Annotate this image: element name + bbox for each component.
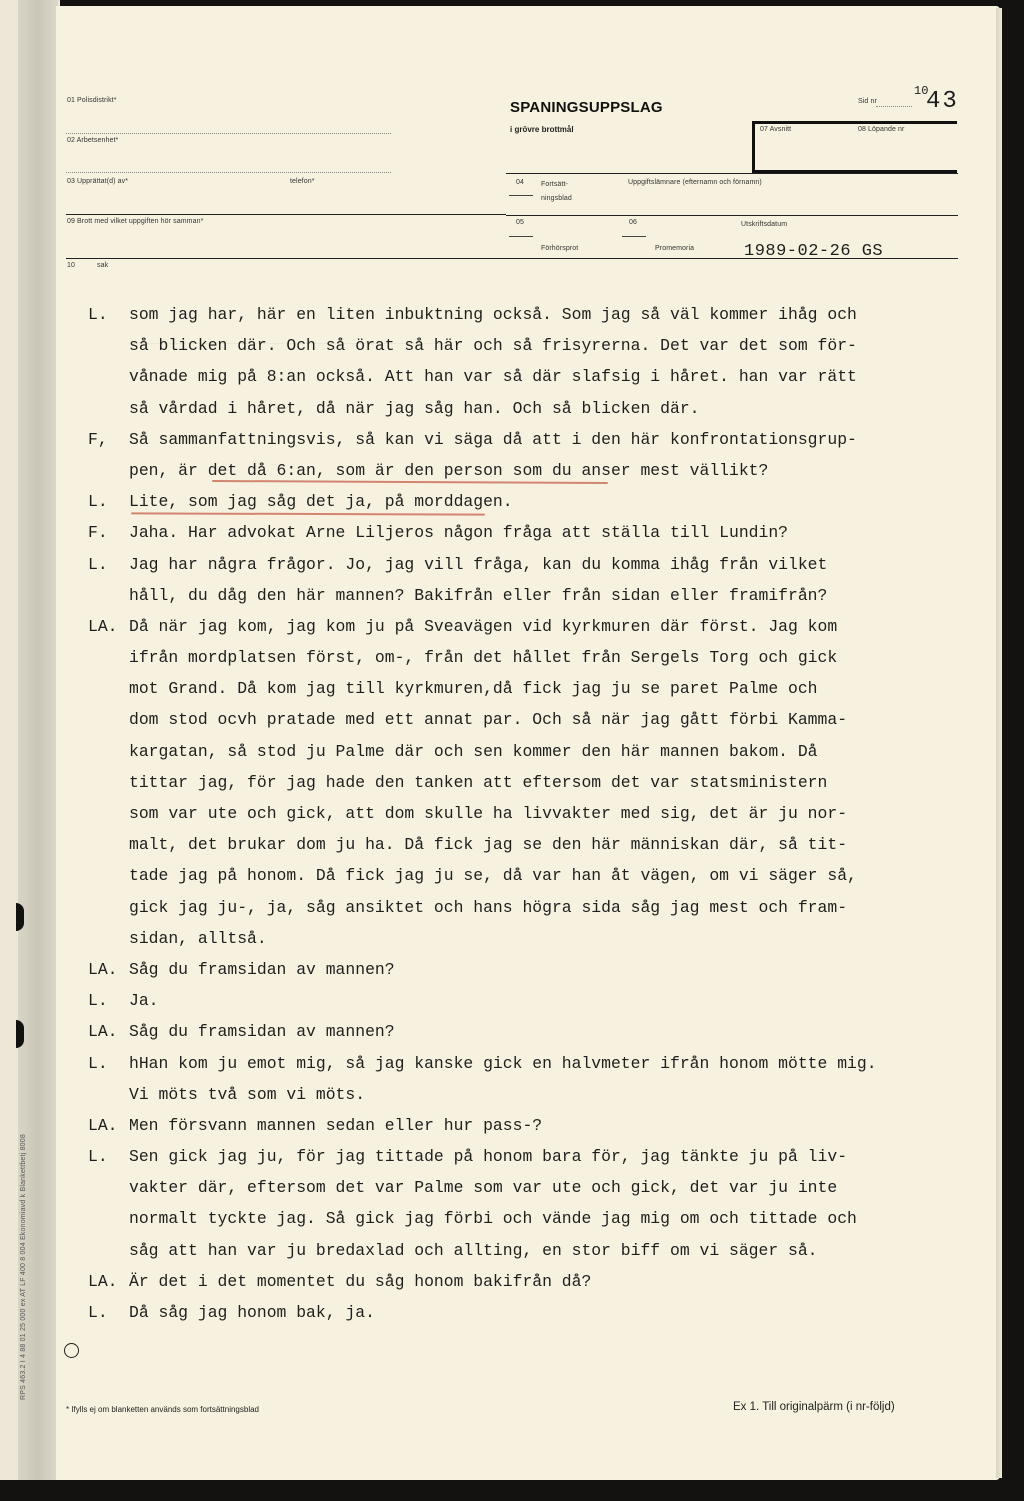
interrogation-transcript: L.som jag har, här en liten inbuktning o… bbox=[88, 302, 938, 1331]
speaker-label: F. bbox=[88, 520, 128, 546]
transcript-text: malt, det brukar dom ju ha. Då fick jag … bbox=[129, 832, 847, 858]
transcript-line: sidan, alltså. bbox=[88, 926, 938, 957]
speaker-label: LA. bbox=[88, 1019, 128, 1045]
field-label-05: 05 bbox=[516, 219, 524, 226]
transcript-line: tittar jag, för jag hade den tanken att … bbox=[88, 770, 938, 801]
field-label-telefon: telefon* bbox=[290, 178, 315, 185]
field-label-lopande-nr: 08 Löpande nr bbox=[858, 126, 904, 133]
transcript-text: Så sammanfattningsvis, så kan vi säga då… bbox=[129, 427, 857, 453]
transcript-line: Vi möts två som vi möts. bbox=[88, 1082, 938, 1113]
field-label-utskriftsdatum: Utskriftsdatum bbox=[741, 221, 787, 228]
transcript-line: malt, det brukar dom ju ha. Då fick jag … bbox=[88, 832, 938, 863]
transcript-text: Lite, som jag såg det ja, på morddagen. bbox=[129, 489, 513, 515]
transcript-line: L.Lite, som jag såg det ja, på morddagen… bbox=[88, 489, 938, 520]
transcript-text: vakter där, eftersom det var Palme som v… bbox=[129, 1175, 837, 1201]
form-subtitle: i grövre brottmål bbox=[510, 125, 574, 134]
transcript-text: så blicken där. Och så örat så här och s… bbox=[129, 333, 857, 359]
transcript-line: håll, du dåg den här mannen? Bakifrån el… bbox=[88, 583, 938, 614]
speaker-label: L. bbox=[88, 988, 128, 1014]
field-label-polisdistrikt: 01 Polisdistrikt* bbox=[67, 97, 117, 104]
transcript-line: dom stod ocvh pratade med ett annat par.… bbox=[88, 707, 938, 738]
field-line bbox=[66, 133, 391, 134]
field-label-sak: sak bbox=[97, 262, 108, 269]
transcript-text: normalt tyckte jag. Så gick jag förbi oc… bbox=[129, 1206, 857, 1232]
field-line bbox=[506, 215, 958, 216]
transcript-text: Såg du framsidan av mannen? bbox=[129, 1019, 395, 1045]
transcript-text: mot Grand. Då kom jag till kyrkmuren,då … bbox=[129, 676, 818, 702]
field-label-04: 04 bbox=[516, 179, 524, 186]
transcript-text: tade jag på honom. Då fick jag ju se, då… bbox=[129, 863, 857, 889]
transcript-line: L.Sen gick jag ju, för jag tittade på ho… bbox=[88, 1144, 938, 1175]
transcript-line: pen, är det då 6:an, som är den person s… bbox=[88, 458, 938, 489]
transcript-line: vånade mig på 8:an också. Att han var så… bbox=[88, 364, 938, 395]
speaker-label: LA. bbox=[88, 1113, 128, 1139]
page-edge bbox=[996, 8, 1002, 1478]
page-number: 43 bbox=[926, 88, 959, 115]
speaker-label: LA. bbox=[88, 1269, 128, 1295]
field-label-fortsatt: Fortsätt- bbox=[541, 181, 568, 188]
transcript-text: Vi möts två som vi möts. bbox=[129, 1082, 365, 1108]
field-line bbox=[66, 172, 391, 173]
transcript-text: Men försvann mannen sedan eller hur pass… bbox=[129, 1113, 542, 1139]
speaker-label: L. bbox=[88, 302, 128, 328]
transcript-line: LA.Är det i det momentet du såg honom ba… bbox=[88, 1269, 938, 1300]
transcript-text: vånade mig på 8:an också. Att han var så… bbox=[129, 364, 857, 390]
transcript-text: gick jag ju-, ja, såg ansiktet och hans … bbox=[129, 895, 847, 921]
speaker-label: LA. bbox=[88, 957, 128, 983]
field-line bbox=[876, 106, 912, 107]
print-date: 1989-02-26 GS bbox=[744, 242, 883, 261]
form-title: SPANINGSUPPSLAG bbox=[510, 99, 663, 116]
transcript-line: kargatan, så stod ju Palme där och sen k… bbox=[88, 739, 938, 770]
transcript-line: tade jag på honom. Då fick jag ju se, då… bbox=[88, 863, 938, 894]
transcript-line: L.Ja. bbox=[88, 988, 938, 1019]
checkbox-line bbox=[622, 236, 646, 237]
transcript-line: L.Då såg jag honom bak, ja. bbox=[88, 1300, 938, 1331]
transcript-line: LA.Såg du framsidan av mannen? bbox=[88, 1019, 938, 1050]
transcript-line: L.som jag har, här en liten inbuktning o… bbox=[88, 302, 938, 333]
transcript-text: såg att han var ju bredaxlad och allting… bbox=[129, 1238, 818, 1264]
transcript-line: LA.Då när jag kom, jag kom ju på Sveaväg… bbox=[88, 614, 938, 645]
transcript-line: som var ute och gick, att dom skulle ha … bbox=[88, 801, 938, 832]
field-line bbox=[506, 173, 958, 174]
field-label-sid-nr: Sid nr bbox=[858, 98, 877, 105]
checkbox-line bbox=[509, 236, 533, 237]
checkbox-line bbox=[509, 195, 533, 196]
field-label-uppgiftslamnare: Uppgiftslämnare (efternamn och förnamn) bbox=[628, 179, 762, 186]
transcript-line: L.hHan kom ju emot mig, så jag kanske gi… bbox=[88, 1051, 938, 1082]
footer-note: * Ifylls ej om blanketten används som fo… bbox=[66, 1405, 259, 1414]
transcript-text: sidan, alltså. bbox=[129, 926, 267, 952]
speaker-label: L. bbox=[88, 489, 128, 515]
field-label-upprattad-av: 03 Upprättat(d) av* bbox=[67, 178, 128, 185]
transcript-text: Såg du framsidan av mannen? bbox=[129, 957, 395, 983]
transcript-line: LA.Såg du framsidan av mannen? bbox=[88, 957, 938, 988]
transcript-text: Då när jag kom, jag kom ju på Sveavägen … bbox=[129, 614, 837, 640]
transcript-text: hHan kom ju emot mig, så jag kanske gick… bbox=[129, 1051, 877, 1077]
speaker-label: F, bbox=[88, 427, 128, 453]
speaker-label: L. bbox=[88, 1144, 128, 1170]
circle-mark-icon bbox=[64, 1343, 79, 1358]
transcript-text: tittar jag, för jag hade den tanken att … bbox=[129, 770, 827, 796]
transcript-line: L.Jag har några frågor. Jo, jag vill frå… bbox=[88, 552, 938, 583]
speaker-label: LA. bbox=[88, 614, 128, 640]
transcript-text: Då såg jag honom bak, ja. bbox=[129, 1300, 375, 1326]
transcript-line: mot Grand. Då kom jag till kyrkmuren,då … bbox=[88, 676, 938, 707]
footer-copy-note: Ex 1. Till originalpärm (i nr-följd) bbox=[733, 1401, 895, 1413]
transcript-line: normalt tyckte jag. Så gick jag förbi oc… bbox=[88, 1206, 938, 1237]
field-label-brott: 09 Brott med vilket uppgiften hör samman… bbox=[67, 218, 203, 225]
transcript-line: ifrån mordplatsen först, om-, från det h… bbox=[88, 645, 938, 676]
transcript-text: Jaha. Har advokat Arne Liljeros någon fr… bbox=[129, 520, 788, 546]
transcript-text: Jag har några frågor. Jo, jag vill fråga… bbox=[129, 552, 827, 578]
transcript-text: dom stod ocvh pratade med ett annat par.… bbox=[129, 707, 847, 733]
field-label-06: 06 bbox=[629, 219, 637, 226]
transcript-line: såg att han var ju bredaxlad och allting… bbox=[88, 1238, 938, 1269]
binder-hole bbox=[16, 903, 24, 931]
transcript-text: som jag har, här en liten inbuktning ock… bbox=[129, 302, 857, 328]
field-line bbox=[66, 214, 506, 215]
speaker-label: L. bbox=[88, 552, 128, 578]
transcript-text: håll, du dåg den här mannen? Bakifrån el… bbox=[129, 583, 827, 609]
transcript-line: LA.Men försvann mannen sedan eller hur p… bbox=[88, 1113, 938, 1144]
transcript-text: så vårdad i håret, då när jag såg han. O… bbox=[129, 396, 700, 422]
field-label-arbetsenhet: 02 Arbetsenhet* bbox=[67, 137, 118, 144]
transcript-text: Är det i det momentet du såg honom bakif… bbox=[129, 1269, 591, 1295]
field-label-promemoria: Promemoria bbox=[655, 245, 694, 252]
transcript-line: gick jag ju-, ja, såg ansiktet och hans … bbox=[88, 895, 938, 926]
transcript-line: så vårdad i håret, då när jag såg han. O… bbox=[88, 396, 938, 427]
form-print-code: RPS 463.2 I 4 88 01 25 000 ex AT LF 400 … bbox=[20, 1020, 27, 1400]
transcript-text: Ja. bbox=[129, 988, 159, 1014]
transcript-line: F.Jaha. Har advokat Arne Liljeros någon … bbox=[88, 520, 938, 551]
field-label-10: 10 bbox=[67, 262, 75, 269]
transcript-text: kargatan, så stod ju Palme där och sen k… bbox=[129, 739, 818, 765]
field-label-ningsblad: ningsblad bbox=[541, 195, 572, 202]
speaker-label: L. bbox=[88, 1051, 128, 1077]
field-label-avsnitt: 07 Avsnitt bbox=[760, 126, 791, 133]
speaker-label: L. bbox=[88, 1300, 128, 1326]
transcript-text: ifrån mordplatsen först, om-, från det h… bbox=[129, 645, 837, 671]
transcript-line: F,Så sammanfattningsvis, så kan vi säga … bbox=[88, 427, 938, 458]
field-label-forhorsprot: Förhörsprot bbox=[541, 245, 578, 252]
transcript-text: som var ute och gick, att dom skulle ha … bbox=[129, 801, 847, 827]
transcript-text: Sen gick jag ju, för jag tittade på hono… bbox=[129, 1144, 847, 1170]
transcript-line: vakter där, eftersom det var Palme som v… bbox=[88, 1175, 938, 1206]
transcript-line: så blicken där. Och så örat så här och s… bbox=[88, 333, 938, 364]
